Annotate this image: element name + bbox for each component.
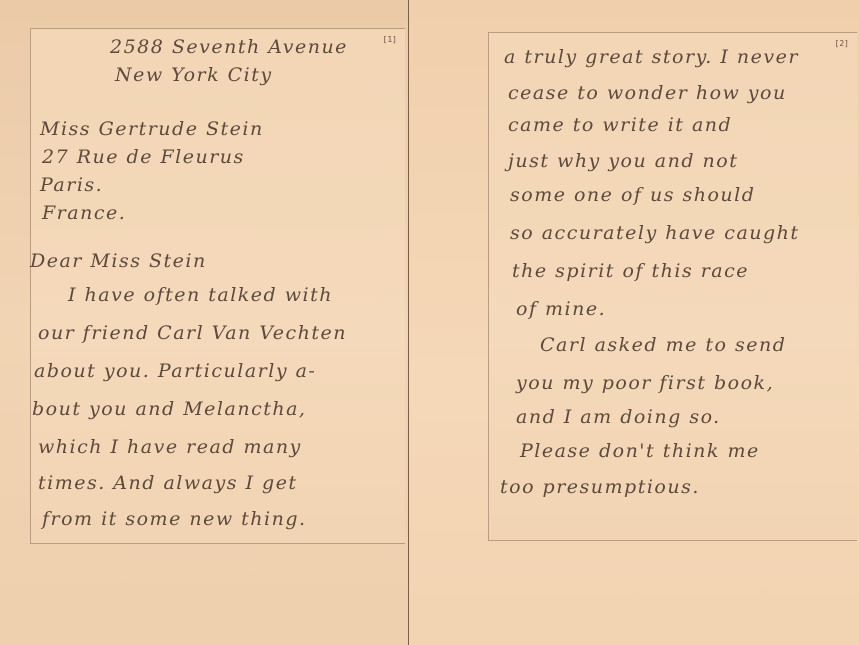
body-line: about you. Particularly a- — [34, 360, 316, 382]
body-line: too presumptious. — [500, 476, 700, 498]
recipient-line: 27 Rue de Fleurus — [42, 146, 245, 168]
body-line: came to write it and — [508, 114, 732, 136]
body-line: from it some new thing. — [42, 508, 307, 530]
body-line: Please don't think me — [520, 440, 760, 462]
body-line: bout you and Melanctha, — [32, 398, 306, 420]
body-line: Carl asked me to send — [540, 334, 786, 356]
body-line: and I am doing so. — [516, 406, 721, 428]
body-line: you my poor first book, — [516, 372, 774, 394]
body-line: our friend Carl Van Vechten — [38, 322, 347, 344]
body-line: some one of us should — [510, 184, 755, 206]
return-address-line: New York City — [115, 64, 273, 86]
body-line: so accurately have caught — [510, 222, 800, 244]
body-line: just why you and not — [508, 150, 738, 172]
recipient-line: France. — [42, 202, 126, 224]
salutation: Dear Miss Stein — [30, 250, 207, 272]
return-address-line: 2588 Seventh Avenue — [110, 36, 348, 58]
page-number-marker: [1] — [383, 35, 397, 44]
body-line: cease to wonder how you — [508, 82, 787, 104]
body-line: I have often talked with — [68, 284, 333, 306]
page-number-marker: [2] — [835, 39, 849, 48]
body-line: of mine. — [516, 298, 606, 320]
body-line: the spirit of this race — [512, 260, 749, 282]
recipient-line: Miss Gertrude Stein — [40, 118, 264, 140]
body-line: times. And always I get — [38, 472, 298, 494]
body-line: which I have read many — [38, 436, 302, 458]
recipient-line: Paris. — [40, 174, 103, 196]
body-line: a truly great story. I never — [504, 46, 799, 68]
letter-page-2: [2] — [488, 32, 857, 541]
